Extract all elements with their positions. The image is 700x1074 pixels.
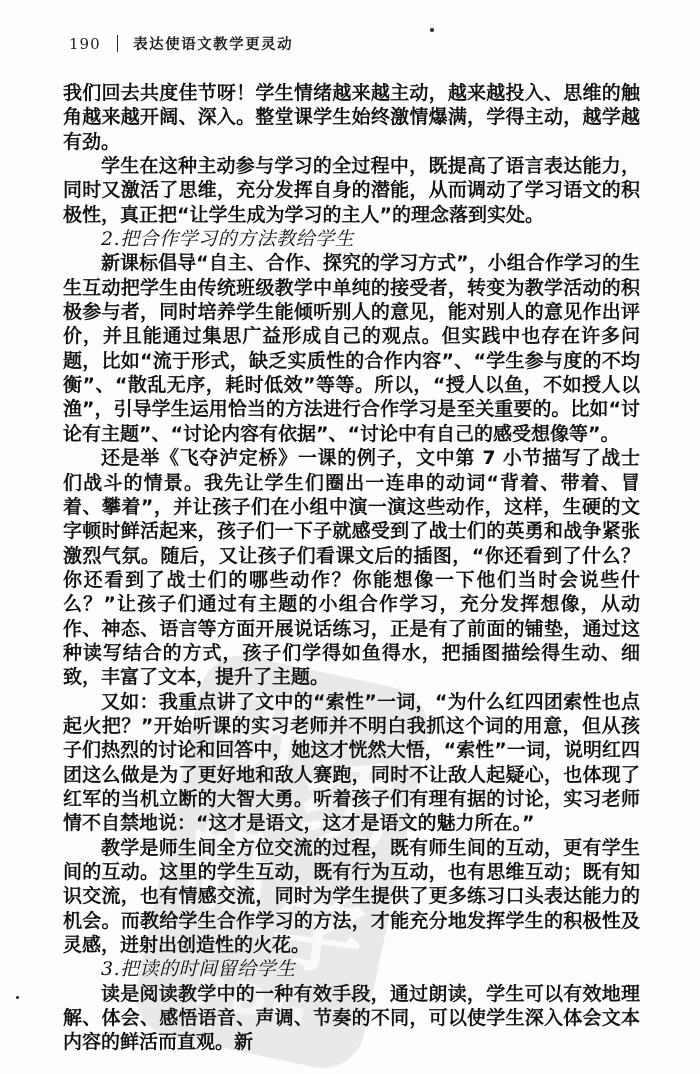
paragraph: 又如：我重点讲了文中的“索性”一词，“为什么红四团索性也点起火把？”开始听课的实… (63, 690, 640, 836)
paragraph: 新课标倡导“自主、合作、探究的学习方式”，小组合作学习的生生互动把学生由传统班级… (63, 251, 640, 446)
paragraph: 读是阅读教学中的一种有效手段，通过朗读，学生可以有效地理解、体会、感悟语音、声调… (63, 982, 640, 1055)
body-text: 我们回去共度佳节呀！学生情绪越来越主动，越来越投入、思维的触角越来越开阔、深入。… (63, 81, 640, 1055)
chapter-title: 表达使语文教学更灵动 (133, 33, 293, 54)
section-heading: 3.把读的时间留给学生 (63, 957, 640, 981)
paragraph: 教学是师生间全方位交流的过程，既有师生间的互动，更有学生间的互动。这里的学生互动… (63, 836, 640, 958)
paragraph: 学生在这种主动参与学习的全过程中，既提高了语言表达能力，同时又激活了思维，充分发… (63, 154, 640, 227)
page-number: 190 (69, 35, 101, 53)
running-head: 190 表达使语文教学更灵动 (69, 33, 293, 54)
header-divider (117, 35, 119, 52)
paragraph: 还是举《飞夺泸定桥》一课的例子，文中第 7 小节描写了战士们战斗的情景。我先让学… (63, 446, 640, 689)
scan-speck (16, 996, 19, 999)
scan-speck (430, 28, 434, 32)
scanned-book-page: 190 表达使语文教学更灵动 研 绣 船 学 PDG 我们回去共度佳节呀！学生情… (0, 0, 700, 1074)
section-heading: 2.把合作学习的方法教给学生 (63, 227, 640, 251)
paragraph: 我们回去共度佳节呀！学生情绪越来越主动，越来越投入、思维的触角越来越开阔、深入。… (63, 81, 640, 154)
